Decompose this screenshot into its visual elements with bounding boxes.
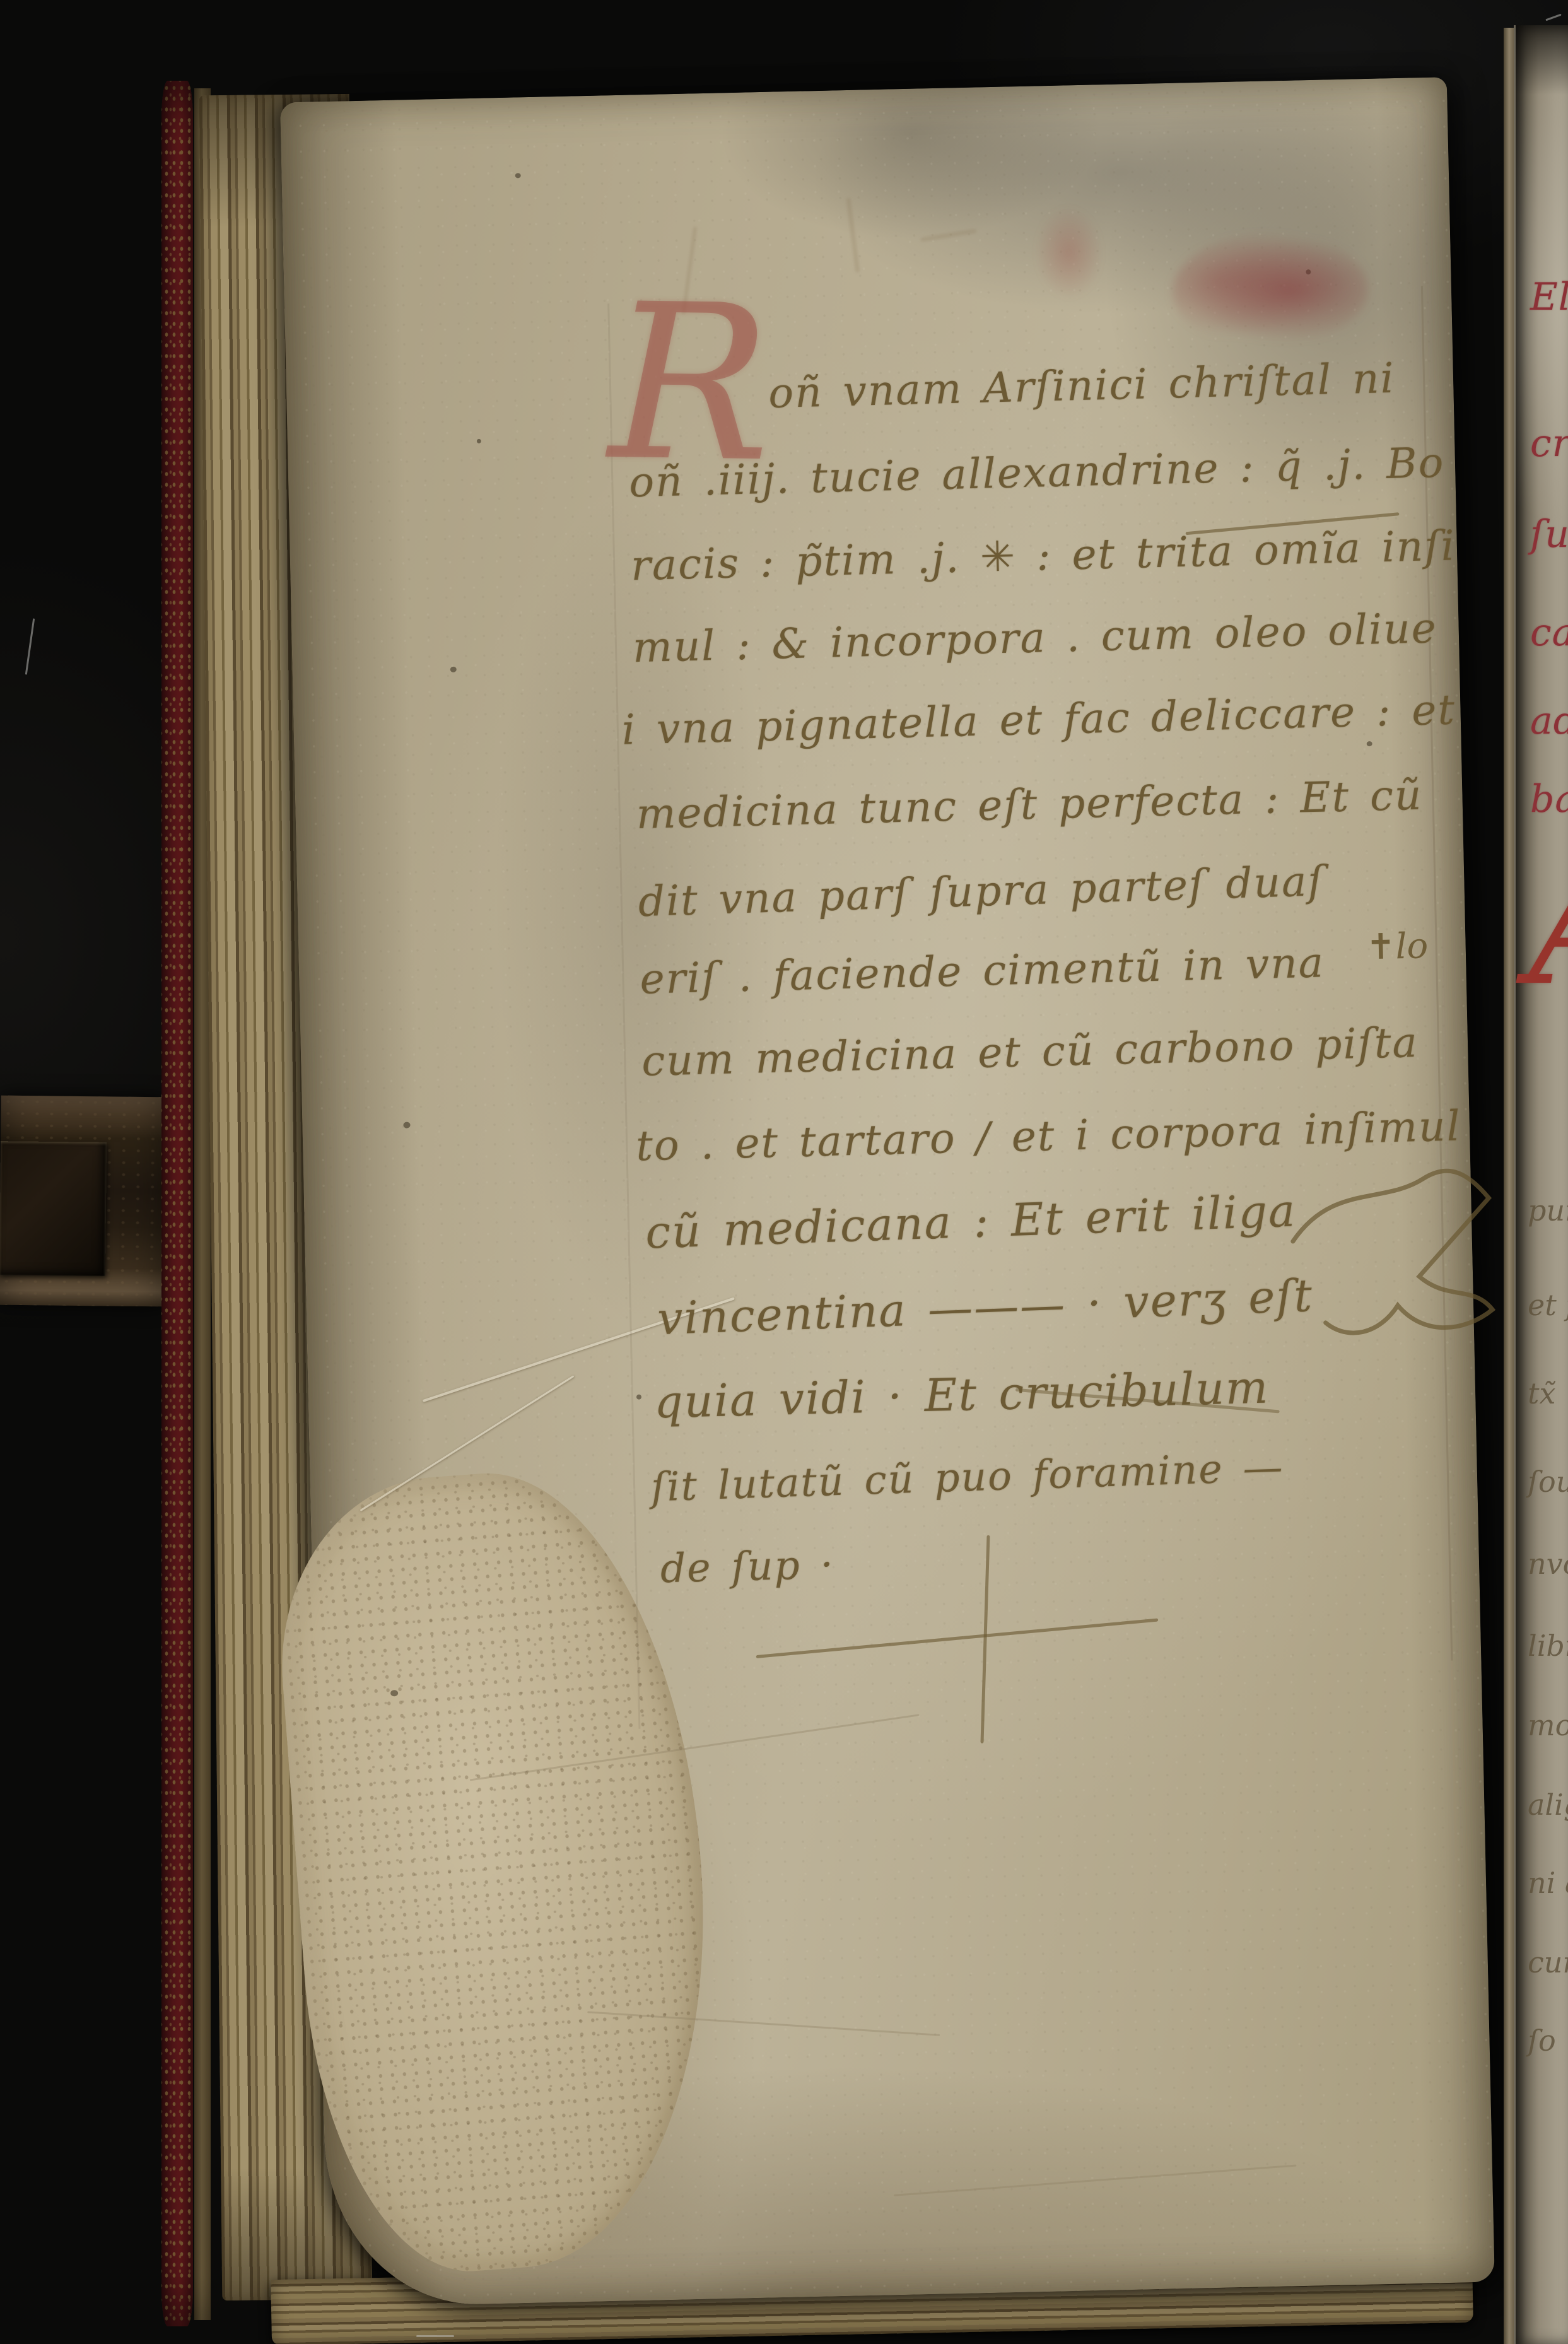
text-fragment: ni alb	[1528, 1866, 1568, 1900]
left-page: R oñ vnam Arſinici chriſtal ni oñ .iiij.…	[280, 77, 1495, 2307]
text-fragment: ſo	[1528, 2024, 1556, 2058]
manuscript-line: de ſup ·	[660, 1542, 835, 1592]
text-fragment: et ſ	[1528, 1288, 1568, 1322]
rubric-fragment: bañ	[1530, 777, 1568, 821]
facing-page-fore-edge	[1504, 28, 1514, 2344]
rubric-initial-A: A	[1529, 839, 1568, 1009]
rubric-fragment: cru	[1530, 421, 1568, 466]
text-fragment: ſoul	[1528, 1465, 1568, 1499]
scratch	[1545, 14, 1561, 21]
text-fragment: nvo	[1528, 1547, 1568, 1581]
pen-flourish	[1287, 1142, 1500, 1361]
scratch	[416, 2335, 454, 2337]
facing-page-sliver: Eli cru ſum cal ad bañ A pur et ſ tx̃ ſo…	[1514, 25, 1568, 2344]
text-fragment: tx̃	[1528, 1376, 1555, 1410]
text-fragment: alig	[1528, 1788, 1568, 1822]
rubric-fragment: ſum	[1530, 512, 1568, 556]
text-fragment: pur	[1528, 1193, 1568, 1228]
text-fragment: libr	[1528, 1629, 1568, 1663]
book-spine-edge	[161, 81, 193, 2326]
rubric-fragment: cal	[1530, 611, 1568, 655]
text-fragment: mod	[1528, 1708, 1568, 1742]
manuscript-photo: { "colors": { "background": "#0a0a09", "…	[0, 0, 1568, 2344]
rubric-fragment: ad	[1530, 699, 1568, 743]
margin-mark: ✝lo	[1366, 925, 1429, 968]
text-fragment: cum.	[1528, 1945, 1568, 1979]
strap-buckle	[0, 1141, 107, 1276]
rubric-fragment: Eli	[1530, 275, 1568, 319]
scratch	[25, 618, 35, 675]
